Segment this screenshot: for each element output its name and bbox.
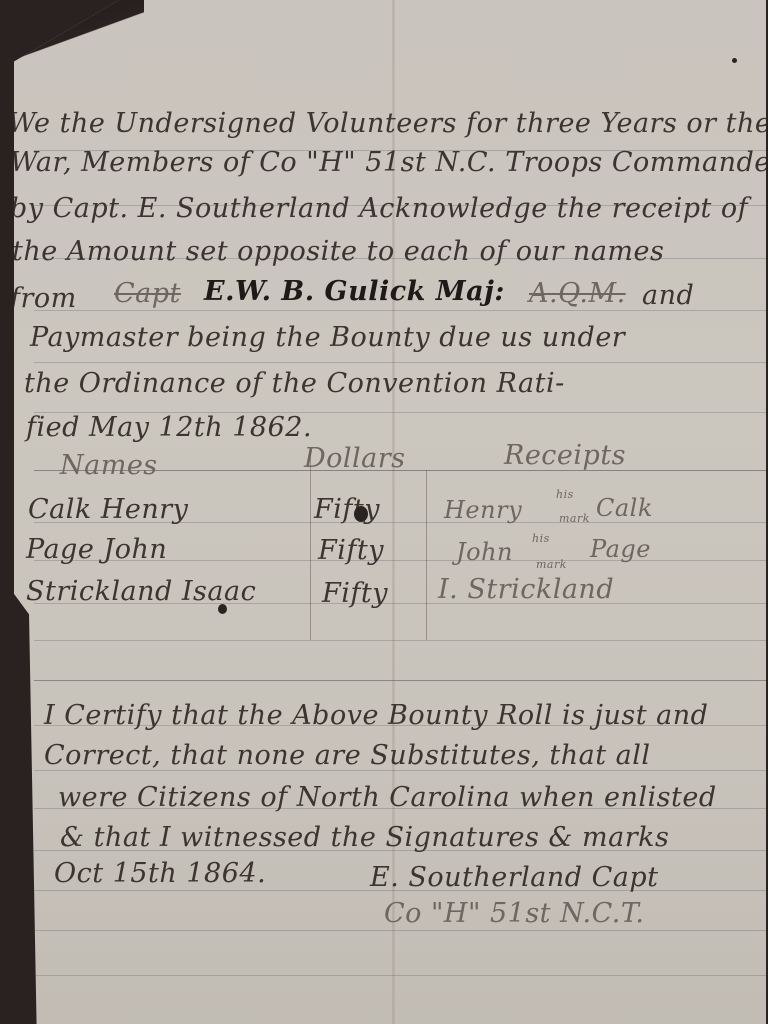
header-names: Names [60, 450, 158, 481]
certification-line-3: were Citizens of North Carolina when enl… [58, 782, 717, 813]
preamble-line-3: by Capt. E. Southerland Acknowledge the … [10, 193, 748, 224]
ruled-line [34, 930, 766, 931]
signature: E. Southerland Capt [370, 862, 659, 893]
preamble-line-5: from [10, 283, 77, 314]
ruled-line [34, 680, 766, 681]
signature-unit: Co "H" 51st N.C.T. [384, 898, 645, 929]
ink-blot [354, 506, 368, 522]
preamble-line-6: Paymaster being the Bounty due us under [30, 322, 625, 353]
preamble-line-2: War, Members of Co "H" 51st N.C. Troops … [10, 147, 768, 178]
ink-spot [732, 58, 737, 63]
row-1-receipt: Henry [444, 496, 522, 524]
struck-capt: Capt [114, 278, 181, 309]
column-divider-names [310, 450, 311, 640]
row-1-name: Calk Henry [28, 494, 188, 525]
row-2-mark-above: his [532, 532, 550, 545]
row-1-mark-below: mark [559, 512, 590, 525]
preamble-and: and [642, 280, 694, 311]
row-2-mark-below: mark [536, 558, 567, 571]
preamble-line-1: We the Undersigned Volunteers for three … [8, 108, 768, 139]
row-1-receipt-surname: Calk [596, 494, 653, 522]
row-2-dollars: Fifty [318, 535, 384, 566]
certification-line-4: & that I witnessed the Signatures & mark… [60, 822, 669, 853]
ruled-line [34, 975, 766, 976]
ruled-line [34, 362, 766, 363]
row-2-receipt-surname: Page [590, 535, 651, 563]
document-date: Oct 15th 1864. [54, 858, 266, 889]
ink-blot [218, 604, 227, 614]
preamble-line-7: the Ordinance of the Convention Rati- [24, 368, 565, 399]
column-divider-dollars [426, 470, 427, 640]
preamble-line-4: the Amount set opposite to each of our n… [12, 236, 664, 267]
row-2-name: Page John [26, 534, 167, 565]
row-2-receipt: John [456, 538, 513, 566]
certification-line-2: Correct, that none are Substitutes, that… [44, 740, 651, 771]
ruled-line [34, 640, 766, 641]
header-receipts: Receipts [504, 440, 626, 471]
struck-aqm: A.Q.M. [529, 278, 626, 309]
row-3-dollars: Fifty [322, 578, 388, 609]
certification-line-1: I Certify that the Above Bounty Roll is … [44, 700, 708, 731]
row-3-name: Strickland Isaac [26, 576, 256, 607]
header-dollars: Dollars [304, 443, 406, 474]
row-1-dollars: Fifty [314, 494, 380, 525]
folded-corner [14, 0, 144, 60]
row-1-mark-above: his [556, 488, 574, 501]
document-paper: We the Undersigned Volunteers for three … [14, 0, 766, 1024]
row-3-receipt: I. Strickland [438, 574, 614, 605]
paymaster-name: E.W. B. Gulick Maj: [204, 276, 505, 307]
preamble-line-8: fied May 12th 1862. [26, 412, 312, 443]
